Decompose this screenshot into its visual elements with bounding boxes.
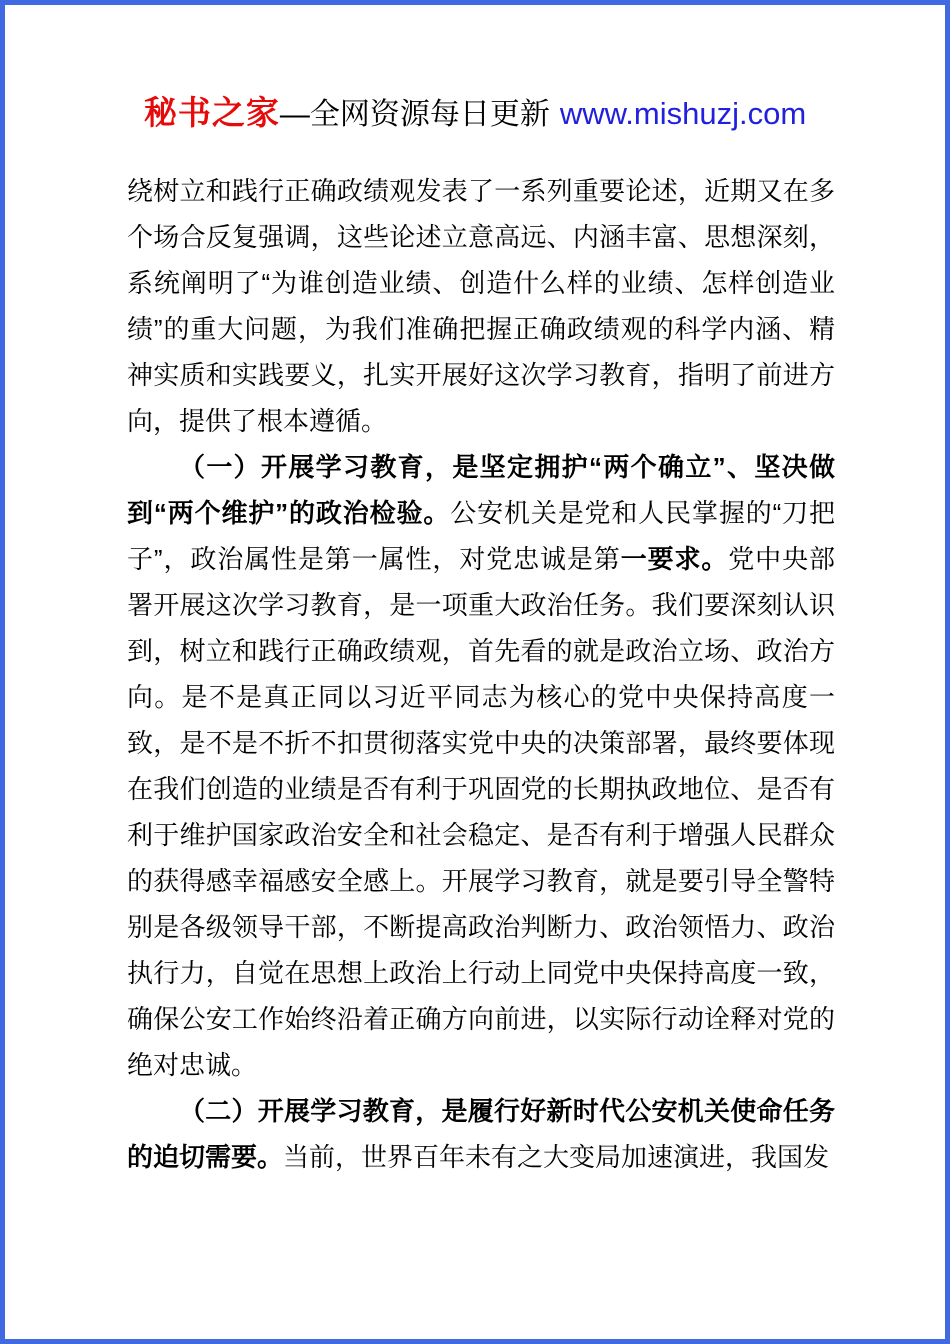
text-segment: 党中央部署开展这次学习教育，是一项重大政治任务。我们要深刻认识到，树立和践行正确…: [127, 544, 835, 1080]
bold-text-segment: 一要求。: [621, 544, 729, 574]
paragraph: 绕树立和践行正确政绩观发表了一系列重要论述，近期又在多个场合反复强调，这些论述立…: [127, 168, 835, 444]
document-header: 秘书之家—全网资源每日更新www.mishuzj.com: [5, 87, 945, 134]
site-url-link[interactable]: www.mishuzj.com: [560, 96, 806, 131]
site-name: 秘书之家: [144, 94, 280, 131]
paragraph: （一）开展学习教育，是坚定拥护“两个确立”、坚决做到“两个维护”的政治检验。公安…: [127, 444, 835, 1088]
document-body: 绕树立和践行正确政绩观发表了一系列重要论述，近期又在多个场合反复强调，这些论述立…: [127, 168, 835, 1180]
paragraph: （二）开展学习教育，是履行好新时代公安机关使命任务的迫切需要。当前，世界百年未有…: [127, 1088, 835, 1180]
site-tagline: —全网资源每日更新: [280, 98, 550, 131]
document-page: 秘书之家—全网资源每日更新www.mishuzj.com 绕树立和践行正确政绩观…: [0, 0, 950, 1344]
text-segment: 绕树立和践行正确政绩观发表了一系列重要论述，近期又在多个场合反复强调，这些论述立…: [127, 176, 835, 436]
text-segment: 当前，世界百年未有之大变局加速演进，我国发: [283, 1142, 829, 1172]
